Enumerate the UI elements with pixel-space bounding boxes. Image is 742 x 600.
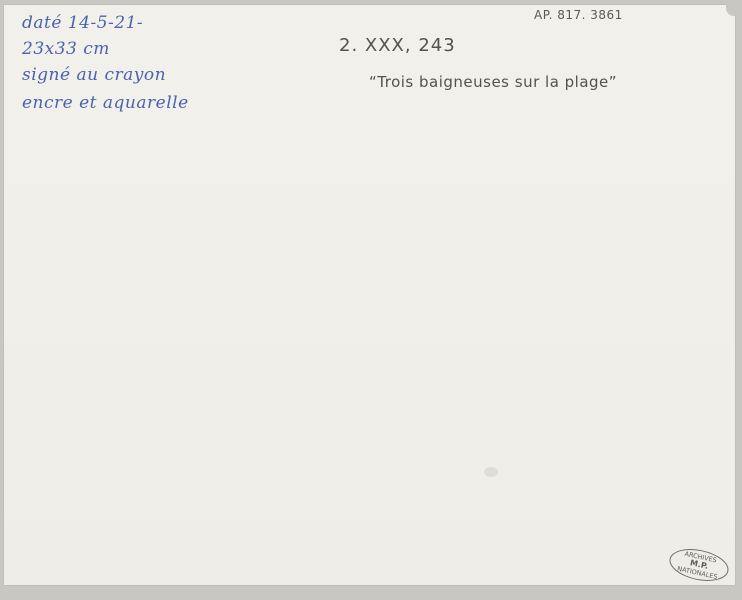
catalog-reference: 2. XXX, 243 xyxy=(339,35,456,56)
paper-stain xyxy=(484,467,498,477)
archive-reference: AP. 817. 3861 xyxy=(534,8,623,22)
archives-stamp: ARCHIVES M.P. NATIONALES xyxy=(667,544,732,586)
folded-corner xyxy=(726,4,736,16)
note-date: daté 14-5-21- xyxy=(22,13,143,33)
note-dimensions: 23x33 cm xyxy=(22,39,110,59)
photo-verso-paper: daté 14-5-21- 23x33 cm signé au crayon e… xyxy=(4,5,735,585)
artwork-title: “Trois baigneuses sur la plage” xyxy=(369,73,617,91)
note-medium: encre et aquarelle xyxy=(22,93,189,113)
note-signature: signé au crayon xyxy=(22,65,166,85)
